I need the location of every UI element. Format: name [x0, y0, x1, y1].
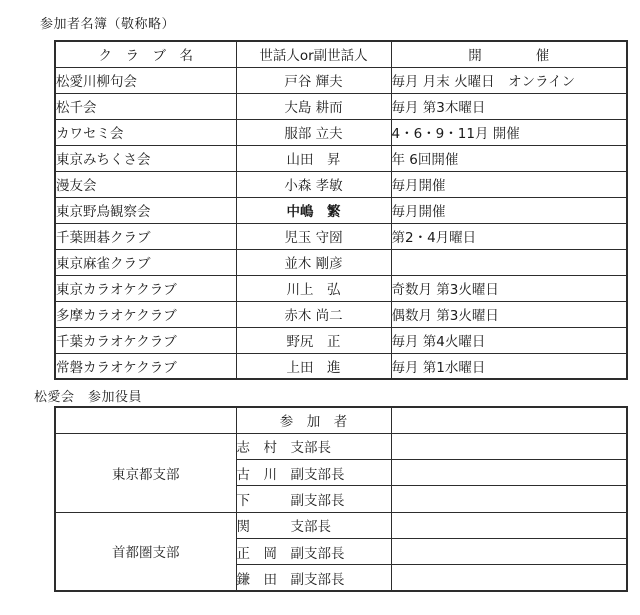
- officers-title: 松愛会 参加役員: [34, 386, 142, 405]
- roster-title: 参加者名簿（敬称略）: [40, 13, 175, 32]
- clubs-table: ク ラ ブ 名 世話人or副世話人 開 催 松愛川柳句会 戸谷 輝夫 毎月 月末…: [54, 40, 628, 380]
- table-row: 千葉カラオケクラブ 野尻 正 毎月 第4火曜日: [55, 327, 627, 353]
- schedule-cell: 毎月 第1水曜日: [391, 353, 627, 379]
- club-name-cell: 松愛川柳句会: [55, 67, 236, 93]
- schedule-cell: 毎月 月末 火曜日 オンライン: [391, 67, 627, 93]
- member-name-cell: 下 副支部長: [236, 486, 391, 512]
- person-name-cell: 川上 弘: [236, 275, 391, 301]
- table-row: 松愛川柳句会 戸谷 輝夫 毎月 月末 火曜日 オンライン: [55, 67, 627, 93]
- club-name-cell: 漫友会: [55, 171, 236, 197]
- caretaker-column-header: 世話人or副世話人: [236, 41, 391, 67]
- schedule-column-header: 開 催: [391, 41, 627, 67]
- club-name-cell: 千葉囲碁クラブ: [55, 223, 236, 249]
- schedule-cell: 毎月 第4火曜日: [391, 327, 627, 353]
- schedule-cell: [391, 249, 627, 275]
- schedule-cell: 毎月開催: [391, 197, 627, 223]
- table-row: カワセミ会 服部 立夫 4・6・9・11月 開催: [55, 119, 627, 145]
- empty-header-cell: [55, 407, 236, 433]
- schedule-cell: 毎月開催: [391, 171, 627, 197]
- club-column-header: ク ラ ブ 名: [55, 41, 236, 67]
- table-row: 常磐カラオケクラブ 上田 進 毎月 第1水曜日: [55, 353, 627, 379]
- empty-cell: [391, 538, 627, 564]
- club-name-cell: 多摩カラオケクラブ: [55, 301, 236, 327]
- club-name-cell: 東京みちくさ会: [55, 145, 236, 171]
- table-row: 千葉囲碁クラブ 児玉 守圀 第2・4月曜日: [55, 223, 627, 249]
- empty-header-cell: [391, 407, 627, 433]
- schedule-cell: 第2・4月曜日: [391, 223, 627, 249]
- club-name-cell: 東京カラオケクラブ: [55, 275, 236, 301]
- table-row: 東京麻雀クラブ 並木 剛彦: [55, 249, 627, 275]
- empty-cell: [391, 565, 627, 591]
- member-name-cell: 正 岡 副支部長: [236, 538, 391, 564]
- person-name-cell: 並木 剛彦: [236, 249, 391, 275]
- table-row: 東京カラオケクラブ 川上 弘 奇数月 第3火曜日: [55, 275, 627, 301]
- empty-cell: [391, 512, 627, 538]
- empty-cell: [391, 433, 627, 459]
- schedule-cell: 毎月 第3木曜日: [391, 93, 627, 119]
- person-name-cell: 野尻 正: [236, 327, 391, 353]
- officers-table: 参 加 者 東京都支部 志 村 支部長 古 川 副支部長 下 副支部長 首都圏支…: [54, 406, 628, 592]
- person-name-cell: 戸谷 輝夫: [236, 67, 391, 93]
- officers-header-row: 参 加 者: [55, 407, 627, 433]
- person-name-cell: 山田 昇: [236, 145, 391, 171]
- table-row: 漫友会 小森 孝敏 毎月開催: [55, 171, 627, 197]
- table-row: 東京みちくさ会 山田 昇 年 6回開催: [55, 145, 627, 171]
- clubs-header-row: ク ラ ブ 名 世話人or副世話人 開 催: [55, 41, 627, 67]
- member-name-cell: 志 村 支部長: [236, 433, 391, 459]
- member-name-cell: 鎌 田 副支部長: [236, 565, 391, 591]
- person-name-cell: 中嶋 繁: [236, 197, 391, 223]
- table-row: 松千会 大島 耕而 毎月 第3木曜日: [55, 93, 627, 119]
- club-name-cell: 東京麻雀クラブ: [55, 249, 236, 275]
- person-name-cell: 小森 孝敏: [236, 171, 391, 197]
- person-name-cell: 児玉 守圀: [236, 223, 391, 249]
- table-row: 多摩カラオケクラブ 赤木 尚二 偶数月 第3火曜日: [55, 301, 627, 327]
- branch-name-cell: 首都圏支部: [55, 512, 236, 591]
- table-row: 東京都支部 志 村 支部長: [55, 433, 627, 459]
- club-name-cell: 東京野鳥観察会: [55, 197, 236, 223]
- schedule-cell: 4・6・9・11月 開催: [391, 119, 627, 145]
- empty-cell: [391, 486, 627, 512]
- schedule-cell: 奇数月 第3火曜日: [391, 275, 627, 301]
- table-row: 東京野鳥観察会 中嶋 繁 毎月開催: [55, 197, 627, 223]
- club-name-cell: カワセミ会: [55, 119, 236, 145]
- person-name-cell: 上田 進: [236, 353, 391, 379]
- club-name-cell: 松千会: [55, 93, 236, 119]
- empty-cell: [391, 460, 627, 486]
- club-name-cell: 常磐カラオケクラブ: [55, 353, 236, 379]
- branch-name-cell: 東京都支部: [55, 433, 236, 512]
- table-row: 首都圏支部 関 支部長: [55, 512, 627, 538]
- person-name-cell: 大島 耕而: [236, 93, 391, 119]
- participant-column-header: 参 加 者: [236, 407, 391, 433]
- member-name-cell: 関 支部長: [236, 512, 391, 538]
- person-name-cell: 服部 立夫: [236, 119, 391, 145]
- schedule-cell: 偶数月 第3火曜日: [391, 301, 627, 327]
- member-name-cell: 古 川 副支部長: [236, 460, 391, 486]
- schedule-cell: 年 6回開催: [391, 145, 627, 171]
- person-name-cell: 赤木 尚二: [236, 301, 391, 327]
- club-name-cell: 千葉カラオケクラブ: [55, 327, 236, 353]
